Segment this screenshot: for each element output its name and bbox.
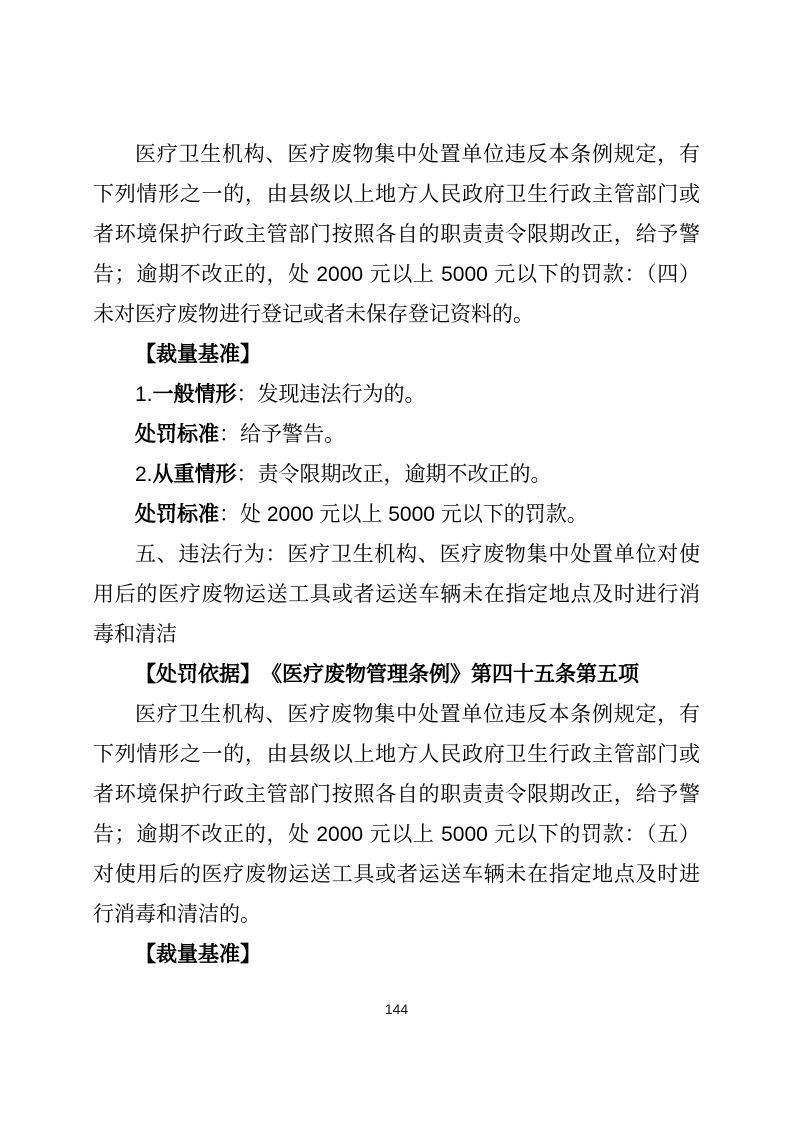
- item-penalty-standard-1: 处罚标准：给予警告。: [93, 415, 700, 455]
- bold-text-run: 从重情形: [153, 463, 237, 486]
- text-run: 1.: [135, 383, 153, 406]
- bold-text-run: 处罚标准: [135, 423, 219, 446]
- text-run: 医疗卫生机构、医疗废物集中处置单位违反本条例规定，有下列情形之一的，由县级以上地…: [93, 143, 700, 326]
- para-penalty-clause-item4: 医疗卫生机构、医疗废物集中处置单位违反本条例规定，有下列情形之一的，由县级以上地…: [93, 135, 700, 335]
- text-run: ：发现违法行为的。: [237, 383, 426, 406]
- document-page: 医疗卫生机构、医疗废物集中处置单位违反本条例规定，有下列情形之一的，由县级以上地…: [0, 0, 793, 1122]
- text-run: 五、违法行为：医疗卫生机构、医疗废物集中处置单位对使用后的医疗废物运送工具或者运…: [93, 543, 700, 646]
- heading-discretion-benchmark-2: 【裁量基准】: [93, 935, 700, 975]
- bold-text-run: 【处罚依据】 《医疗废物管理条例》第四十五条第五项: [135, 663, 639, 686]
- para-violation-5: 五、违法行为：医疗卫生机构、医疗废物集中处置单位对使用后的医疗废物运送工具或者运…: [93, 535, 700, 655]
- bold-text-run: 【裁量基准】: [135, 943, 261, 966]
- item-penalty-standard-2: 处罚标准：处 2000 元以上 5000 元以下的罚款。: [93, 495, 700, 535]
- document-body: 医疗卫生机构、医疗废物集中处置单位违反本条例规定，有下列情形之一的，由县级以上地…: [93, 135, 700, 975]
- text-run: 医疗卫生机构、医疗废物集中处置单位违反本条例规定，有下列情形之一的，由县级以上地…: [93, 703, 700, 926]
- bold-text-run: 处罚标准: [135, 503, 219, 526]
- text-run: 2.: [135, 463, 153, 486]
- item-aggravated-case: 2.从重情形：责令限期改正，逾期不改正的。: [93, 455, 700, 495]
- para-penalty-clause-item5: 医疗卫生机构、医疗废物集中处置单位违反本条例规定，有下列情形之一的，由县级以上地…: [93, 695, 700, 935]
- page-number: 144: [0, 1000, 793, 1018]
- text-run: ：责令限期改正，逾期不改正的。: [237, 463, 552, 486]
- heading-discretion-benchmark-1: 【裁量基准】: [93, 335, 700, 375]
- bold-text-run: 一般情形: [153, 383, 237, 406]
- item-general-case: 1.一般情形：发现违法行为的。: [93, 375, 700, 415]
- bold-text-run: 【裁量基准】: [135, 343, 261, 366]
- text-run: ：处 2000 元以上 5000 元以下的罚款。: [219, 503, 588, 526]
- text-run: ：给予警告。: [219, 423, 345, 446]
- heading-penalty-basis: 【处罚依据】 《医疗废物管理条例》第四十五条第五项: [93, 655, 700, 695]
